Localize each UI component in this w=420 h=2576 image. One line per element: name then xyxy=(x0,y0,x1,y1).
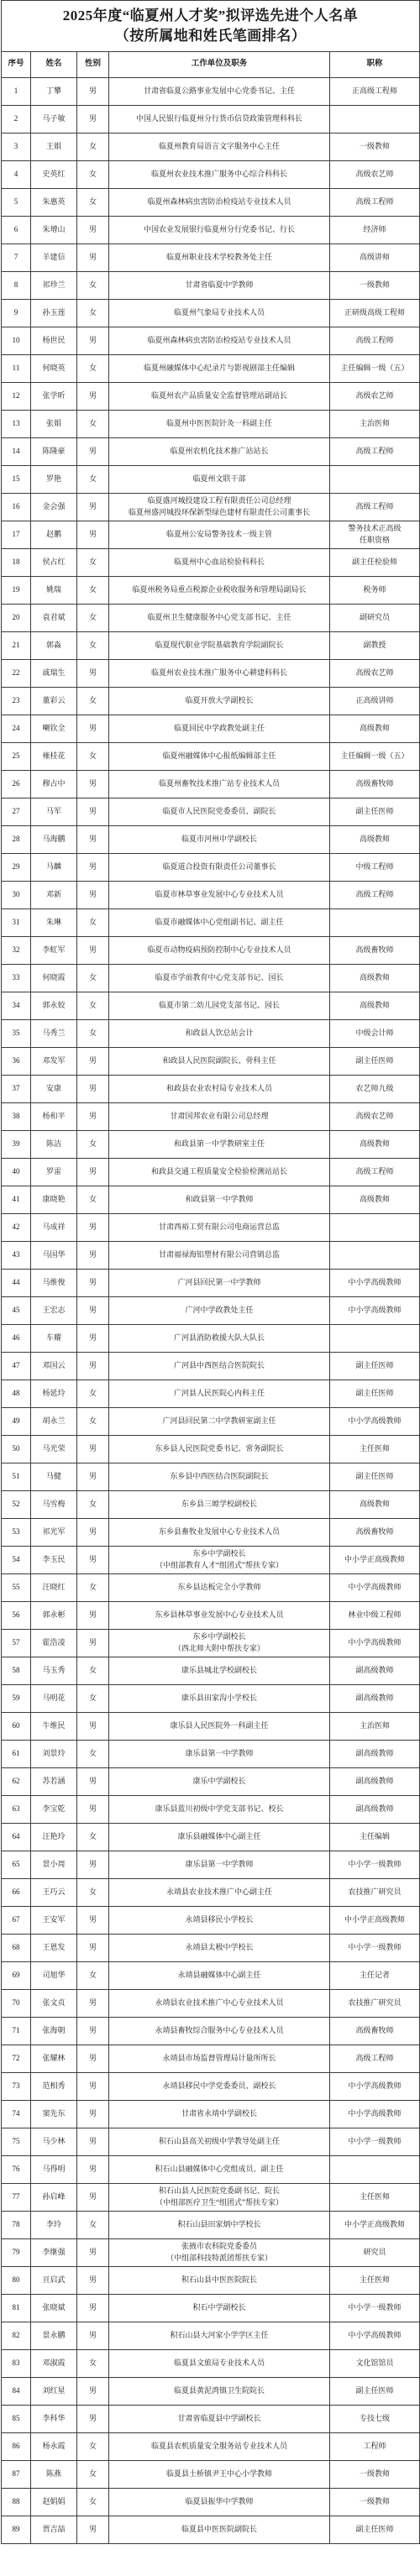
work-unit-cell: 积石山县大河家小学学区主任 xyxy=(109,2322,330,2349)
job-title-cell: 中小学正高级教师 xyxy=(330,1546,420,1573)
name-cell: 朱惠英 xyxy=(31,188,77,216)
job-title-cell: 副主任医师 xyxy=(330,2516,420,2543)
name-cell: 霍浩凌 xyxy=(31,1629,77,1657)
job-title-cell: 中小学高级教师 xyxy=(330,2100,420,2128)
gender-cell: 男 xyxy=(77,1075,109,1102)
job-title-cell: 中级工程师 xyxy=(330,853,420,881)
row-number-cell: 62 xyxy=(2,1767,31,1795)
gender-cell: 男 xyxy=(77,243,109,271)
row-number-cell: 22 xyxy=(2,659,31,687)
row-number-cell: 74 xyxy=(2,2100,31,2128)
name-cell: 马玉秀 xyxy=(31,1657,77,1684)
name-cell: 胡永兰 xyxy=(31,1407,77,1435)
gender-cell: 男 xyxy=(77,853,109,881)
work-unit-cell: 积石山县中医医院院长 xyxy=(109,2266,330,2294)
work-unit-cell: 甘肃福禄海铝塑材有限公司营销总监 xyxy=(109,1241,330,1269)
table-row: 57霍浩凌男东乡中学副校长 （西北师大附中帮扶专家）中小学高级教师 xyxy=(2,1629,420,1657)
document-title-row: 2025年度“临夏州人才奖”拟评选先进个人名单 （按所属地和姓氏笔画排名） xyxy=(2,1,420,52)
table-row: 68王恩发男永靖县太极中学校长中小学一级教师 xyxy=(2,1934,420,1961)
job-title-cell: 中小学正高级教师 xyxy=(330,1906,420,1934)
row-number-cell: 66 xyxy=(2,1878,31,1906)
column-header-work: 工作单位及职务 xyxy=(109,51,330,77)
row-number-cell: 32 xyxy=(2,936,31,964)
table-row: 85李科华男甘肃省临夏县中学副校长专技七级 xyxy=(2,2405,420,2432)
work-unit-cell: 临夏州森林病虫害防治检疫站专业技术人员 xyxy=(109,327,330,354)
work-unit-cell: 临夏州教育局语言文字服务中心主任 xyxy=(109,133,330,160)
table-row: 58马玉秀女康乐县城北学校副校长副高级教师 xyxy=(2,1657,420,1684)
job-title-cell xyxy=(330,908,420,936)
work-unit-cell: 积石山县田家炳中学校长 xyxy=(109,2211,330,2238)
name-cell: 何晓英 xyxy=(31,354,77,382)
gender-cell: 男 xyxy=(77,2045,109,2072)
work-unit-cell: 和政县人民医院副院长、骨科主任 xyxy=(109,1047,330,1075)
row-number-cell: 5 xyxy=(2,188,31,216)
row-number-cell: 79 xyxy=(2,2238,31,2266)
name-cell: 李虹军 xyxy=(31,936,77,964)
table-row: 75马少林男积石山县高关初级中学教导处副主任中小学一级教师 xyxy=(2,2128,420,2155)
row-number-cell: 35 xyxy=(2,1019,31,1047)
name-cell: 张海朝 xyxy=(31,2017,77,2045)
work-unit-cell: 临夏县土桥镇尹王中心小学教师 xyxy=(109,2460,330,2488)
row-number-cell: 33 xyxy=(2,964,31,992)
job-title-cell: 主任编辑一级（五） xyxy=(330,742,420,770)
gender-cell: 男 xyxy=(77,1767,109,1795)
work-unit-cell: 临夏州职业技术学校教务处主任 xyxy=(109,243,330,271)
job-title-cell: 副主任医师 xyxy=(330,1380,420,1407)
job-title-cell: 副高级教师 xyxy=(330,1795,420,1823)
gender-cell: 女 xyxy=(77,604,109,631)
work-unit-cell: 积石中学副校长 xyxy=(109,2294,330,2322)
table-row: 76马得明男积石山县融媒体中心党组成员、副主任 xyxy=(2,2155,420,2183)
name-cell: 陈洁 xyxy=(31,1130,77,1158)
work-unit-cell: 临夏市人民医院党委委员、副院长 xyxy=(109,798,330,825)
work-unit-cell: 广河县中西医结合医院院长 xyxy=(109,1352,330,1380)
job-title-cell: 高级教师 xyxy=(330,1130,420,1158)
gender-cell: 女 xyxy=(77,548,109,576)
table-row: 62苏若涵男康乐中学副校长副高级教师 xyxy=(2,1767,420,1795)
name-cell: 王宏志 xyxy=(31,1296,77,1324)
gender-cell: 女 xyxy=(77,160,109,188)
job-title-cell: 中小学高级教师 xyxy=(330,1269,420,1296)
job-title-cell: 专技七级 xyxy=(330,2405,420,2432)
table-row: 21郭淼女临夏现代职业学院基础教育学院副院长副教授 xyxy=(2,631,420,659)
table-row: 30邓新男临夏市林草事业发展中心专业技术人员高级工程师 xyxy=(2,881,420,908)
work-unit-cell: 临夏县农机质量安全服务站专业技术人员 xyxy=(109,2432,330,2460)
job-title-cell: 主任医师 xyxy=(330,2183,420,2211)
gender-cell: 男 xyxy=(77,2322,109,2349)
gender-cell: 男 xyxy=(77,77,109,105)
job-title-cell: 副主任医师 xyxy=(330,1047,420,1075)
row-number-cell: 54 xyxy=(2,1546,31,1573)
gender-cell: 女 xyxy=(77,2432,109,2460)
row-number-cell: 24 xyxy=(2,715,31,742)
job-title-cell: 高级畜牧师 xyxy=(330,2017,420,2045)
gender-cell: 男 xyxy=(77,327,109,354)
job-title-cell: 主任编辑 xyxy=(330,1823,420,1851)
work-unit-cell: 临夏县振华中学教师 xyxy=(109,2488,330,2516)
work-unit-cell: 甘肃西裕工贸有限公司电商运营总监 xyxy=(109,1213,330,1241)
row-number-cell: 9 xyxy=(2,299,31,327)
name-cell: 张文贞 xyxy=(31,1989,77,2017)
work-unit-cell: 临夏现代职业学院基础教育学院副院长 xyxy=(109,631,330,659)
column-header-name: 姓名 xyxy=(31,51,77,77)
gender-cell: 男 xyxy=(77,1241,109,1269)
table-row: 40罗雷男和政县交通工程质量安全检验检测站站长高级工程师 xyxy=(2,1158,420,1186)
gender-cell: 女 xyxy=(77,687,109,715)
work-unit-cell: 临夏州文联干部 xyxy=(109,465,330,493)
row-number-cell: 43 xyxy=(2,1241,31,1269)
work-unit-cell: 东乡县达板完全小学教师 xyxy=(109,1573,330,1601)
job-title-cell: 副主任医师 xyxy=(330,1352,420,1380)
table-row: 35马秀兰女和政县人饮总站会计中级会计师 xyxy=(2,1019,420,1047)
work-unit-cell: 临夏市融媒体中心党组副书记、副主任 xyxy=(109,908,330,936)
name-cell: 杨和平 xyxy=(31,1102,77,1130)
gender-cell: 男 xyxy=(77,1989,109,2017)
table-row: 83邓淑霞女临夏县文旅局专业技术人员文化馆馆员 xyxy=(2,2349,420,2377)
work-unit-cell: 永靖县市场监督管理局计量所所长 xyxy=(109,2045,330,2072)
table-row: 17赵鹏男临夏州公安局警务技术一级主管警务技术正高级 任职资格 xyxy=(2,521,420,548)
name-cell: 景小周 xyxy=(31,1851,77,1878)
name-cell: 马光荣 xyxy=(31,1435,77,1463)
job-title-cell: 高级教师 xyxy=(330,964,420,992)
gender-cell: 男 xyxy=(77,2377,109,2405)
name-cell: 窦先东 xyxy=(31,2100,77,2128)
gender-cell: 男 xyxy=(77,1712,109,1740)
row-number-cell: 63 xyxy=(2,1795,31,1823)
table-row: 8祁珍兰女甘肃省临夏中学教师一级教师 xyxy=(2,271,420,299)
work-unit-cell: 临夏州公安局警务技术一级主管 xyxy=(109,521,330,548)
table-row: 41康晓艳女和政县第一中学教师高级教师 xyxy=(2,1186,420,1213)
job-title-cell: 中级会计师 xyxy=(330,1019,420,1047)
table-row: 45王宏志男广河中学政教处主任中小学高级教师 xyxy=(2,1296,420,1324)
name-cell: 邓新 xyxy=(31,881,77,908)
work-unit-cell: 张掖市农科院党委委员 （中组部科技特派团帮扶专家） xyxy=(109,2238,330,2266)
row-number-cell: 40 xyxy=(2,1158,31,1186)
job-title-cell: 中小学高级教师 xyxy=(330,2322,420,2349)
gender-cell: 女 xyxy=(77,631,109,659)
job-title-cell: 高级工程师 xyxy=(330,1158,420,1186)
row-number-cell: 88 xyxy=(2,2488,31,2516)
row-number-cell: 15 xyxy=(2,465,31,493)
job-title-cell: 中小学高级教师 xyxy=(330,1573,420,1601)
row-number-cell: 20 xyxy=(2,604,31,631)
job-title-cell: 一级教师 xyxy=(330,2460,420,2488)
gender-cell: 男 xyxy=(77,2266,109,2294)
gender-cell: 女 xyxy=(77,1490,109,1518)
job-title-cell: 研究员 xyxy=(330,2238,420,2266)
work-unit-cell: 和政县交通工程质量安全检验检测站站长 xyxy=(109,1158,330,1186)
job-title-cell: 一级教师 xyxy=(330,2488,420,2516)
gender-cell: 女 xyxy=(77,354,109,382)
gender-cell: 男 xyxy=(77,2294,109,2322)
job-title-cell: 正高级讲师 xyxy=(330,687,420,715)
job-title-cell: 主任编辑一级（五） xyxy=(330,354,420,382)
gender-cell: 男 xyxy=(77,825,109,853)
gender-cell: 女 xyxy=(77,2460,109,2488)
table-row: 59马明花女康乐县田家沟小学校长副高级教师 xyxy=(2,1684,420,1712)
gender-cell: 男 xyxy=(77,1158,109,1186)
row-number-cell: 49 xyxy=(2,1407,31,1435)
name-cell: 羊建信 xyxy=(31,243,77,271)
job-title-cell xyxy=(330,2155,420,2183)
work-unit-cell: 临夏县中医医院副院长 xyxy=(109,2516,330,2543)
table-row: 78李玲女积石山县田家炳中学校长中小学正高级教师 xyxy=(2,2211,420,2238)
work-unit-cell: 和政县人饮总站会计 xyxy=(109,1019,330,1047)
job-title-cell: 高级农艺师 xyxy=(330,659,420,687)
row-number-cell: 84 xyxy=(2,2377,31,2405)
table-row: 29马麟男临夏道合投资有限责任公司董事长中级工程师 xyxy=(2,853,420,881)
work-unit-cell: 甘肃省临夏中学教师 xyxy=(109,271,330,299)
gender-cell: 女 xyxy=(77,2349,109,2377)
name-cell: 朱琳 xyxy=(31,908,77,936)
table-row: 15罗艳女临夏州文联干部 xyxy=(2,465,420,493)
work-unit-cell: 临夏县黄泥湾镇卫生院院长 xyxy=(109,2377,330,2405)
row-number-cell: 80 xyxy=(2,2266,31,2294)
row-number-cell: 65 xyxy=(2,1851,31,1878)
gender-cell: 女 xyxy=(77,1019,109,1047)
work-unit-cell: 和政县第一中学教师 xyxy=(109,1186,330,1213)
gender-cell: 男 xyxy=(77,1906,109,1934)
work-unit-cell: 临夏州农机化技术推广站站长 xyxy=(109,437,330,465)
name-cell: 马海鹏 xyxy=(31,825,77,853)
work-unit-cell: 临夏市林草事业发展中心专业技术人员 xyxy=(109,881,330,908)
row-number-cell: 37 xyxy=(2,1075,31,1102)
job-title-cell: 高级工程师 xyxy=(330,2045,420,2072)
work-unit-cell: 广河县人民医院心内科主任 xyxy=(109,1380,330,1407)
job-title-cell: 高级工程师 xyxy=(330,327,420,354)
work-unit-cell: 广河县回民第一中学教师 xyxy=(109,1269,330,1296)
table-row: 23董彩云女临夏开放大学副校长正高级讲师 xyxy=(2,687,420,715)
name-cell: 杨永霞 xyxy=(31,2432,77,2460)
work-unit-cell: 临夏州畜牧技术推广站专业技术人员 xyxy=(109,770,330,798)
work-unit-cell: 积石山县融媒体中心党组成员、副主任 xyxy=(109,2155,330,2183)
work-unit-cell: 临夏州税务局重点税源企业税收服务和管理局副局长 xyxy=(109,576,330,604)
name-cell: 袁君斌 xyxy=(31,604,77,631)
table-row: 42马成祥男甘肃西裕工贸有限公司电商运营总监 xyxy=(2,1213,420,1241)
table-row: 71张海朝男永靖县畜牧综合服务中心专业技术人员高级畜牧师 xyxy=(2,2017,420,2045)
row-number-cell: 8 xyxy=(2,271,31,299)
work-unit-cell: 临夏盛河城投建设工程有限责任公司总经理 临夏州盛河城投环保新型绿色建材有限责任公… xyxy=(109,493,330,521)
row-number-cell: 26 xyxy=(2,770,31,798)
row-number-cell: 52 xyxy=(2,1490,31,1518)
work-unit-cell: 东乡县畜牧业发展中心专业技术人员 xyxy=(109,1518,330,1546)
name-cell: 汪晓红 xyxy=(31,1573,77,1601)
table-row: 50马光荣男东乡县人民医院党委书记、常务副院长主任医师 xyxy=(2,1435,420,1463)
row-number-cell: 86 xyxy=(2,2432,31,2460)
work-unit-cell: 广河县回民第二中学教研室副主任 xyxy=(109,1407,330,1435)
row-number-cell: 60 xyxy=(2,1712,31,1740)
name-cell: 马维俊 xyxy=(31,1269,77,1296)
table-row: 32李虹军男临夏市动物疫病预防控制中心专业技术人员高级畜牧师 xyxy=(2,936,420,964)
row-number-cell: 53 xyxy=(2,1518,31,1546)
row-number-cell: 67 xyxy=(2,1906,31,1934)
name-cell: 李科华 xyxy=(31,2405,77,2432)
gender-cell: 男 xyxy=(77,2072,109,2100)
column-header-title: 职称 xyxy=(330,51,420,77)
row-number-cell: 85 xyxy=(2,2405,31,2432)
name-cell: 董彩云 xyxy=(31,687,77,715)
table-row: 66王巧云女永靖县农业技术推广中心副主任农技推广研究员 xyxy=(2,1878,420,1906)
table-row: 49胡永兰女广河县回民第二中学教研室副主任中小学高级教师 xyxy=(2,1407,420,1435)
row-number-cell: 4 xyxy=(2,160,31,188)
row-number-cell: 58 xyxy=(2,1657,31,1684)
row-number-cell: 25 xyxy=(2,742,31,770)
row-number-cell: 71 xyxy=(2,2017,31,2045)
name-cell: 王恩发 xyxy=(31,1934,77,1961)
work-unit-cell: 康乐县田家沟小学校长 xyxy=(109,1684,330,1712)
gender-cell: 男 xyxy=(77,1047,109,1075)
column-header-no: 序号 xyxy=(2,51,31,77)
job-title-cell: 高级工程师 xyxy=(330,188,420,216)
work-unit-cell: 和政县农业农村局专业技术人员 xyxy=(109,1075,330,1102)
name-cell: 史英红 xyxy=(31,160,77,188)
work-unit-cell: 东乡县人民医院党委书记、常务副院长 xyxy=(109,1435,330,1463)
gender-cell: 男 xyxy=(77,1851,109,1878)
table-row: 16金会强男临夏盛河城投建设工程有限责任公司总经理 临夏州盛河城投环保新型绿色建… xyxy=(2,493,420,521)
work-unit-cell: 东乡中学副校长 （西北师大附中帮扶专家） xyxy=(109,1629,330,1657)
gender-cell: 男 xyxy=(77,2405,109,2432)
job-title-cell: 高级农艺师 xyxy=(330,382,420,410)
work-unit-cell: 临夏市动物疫病预防控制中心专业技术人员 xyxy=(109,936,330,964)
table-row: 60牛维民男康乐县人民医院外一科副主任主治医师 xyxy=(2,1712,420,1740)
gender-cell: 女 xyxy=(77,992,109,1019)
table-row: 12张学昕男临夏州农产品质量安全监督管理站副站长高级农艺师 xyxy=(2,382,420,410)
gender-cell: 女 xyxy=(77,964,109,992)
row-number-cell: 21 xyxy=(2,631,31,659)
table-row: 82景永鹏男积石山县大河家小学学区主任中小学高级教师 xyxy=(2,2322,420,2349)
table-row: 77孙启峰男积石山县人民医院党委副书记、院长 （中组部医疗卫生“组团式”帮扶专家… xyxy=(2,2183,420,2211)
row-number-cell: 81 xyxy=(2,2294,31,2322)
work-unit-cell: 临夏县文旅局专业技术人员 xyxy=(109,2349,330,2377)
name-cell: 马子敏 xyxy=(31,105,77,133)
job-title-cell: 中小学高级教师 xyxy=(330,1296,420,1324)
work-unit-cell: 积石山县人民医院党委副书记、院长 （中组部医疗卫生“组团式”帮扶专家） xyxy=(109,2183,330,2211)
document-title-line2: （按所属地和姓氏笔画排名） xyxy=(5,26,416,46)
name-cell: 孙启峰 xyxy=(31,2183,77,2211)
work-unit-cell: 临夏市河州中学副校长 xyxy=(109,825,330,853)
row-number-cell: 10 xyxy=(2,327,31,354)
gender-cell: 男 xyxy=(77,2183,109,2211)
row-number-cell: 31 xyxy=(2,908,31,936)
row-number-cell: 34 xyxy=(2,992,31,1019)
row-number-cell: 38 xyxy=(2,1102,31,1130)
name-cell: 司旭华 xyxy=(31,1961,77,1989)
work-unit-cell: 康乐县城北学校副校长 xyxy=(109,1657,330,1684)
row-number-cell: 30 xyxy=(2,881,31,908)
table-row: 73范相秀男永靖县移民中学党委委员、副校长中小学高级教师 xyxy=(2,2072,420,2100)
job-title-cell: 正高级工程师 xyxy=(330,77,420,105)
table-row: 51马健男东乡县中西医结合医院副院长副主任医师 xyxy=(2,1463,420,1490)
name-cell: 祁光军 xyxy=(31,1518,77,1546)
row-number-cell: 87 xyxy=(2,2460,31,2488)
name-cell: 邓淑霞 xyxy=(31,2349,77,2377)
name-cell: 康晓艳 xyxy=(31,1186,77,1213)
table-row: 11何晓英女临夏州融媒体中心纪录片与影视剧部主任编辑主任编辑一级（五） xyxy=(2,354,420,382)
name-cell: 马雪梅 xyxy=(31,1490,77,1518)
name-cell: 马得明 xyxy=(31,2155,77,2183)
name-cell: 赵娟娟 xyxy=(31,2488,77,2516)
gender-cell: 男 xyxy=(77,2155,109,2183)
job-title-cell: 中小学正高级教师 xyxy=(330,2211,420,2238)
work-unit-cell: 永靖县太极中学校长 xyxy=(109,1934,330,1961)
job-title-cell: 副高级教师 xyxy=(330,1684,420,1712)
row-number-cell: 69 xyxy=(2,1961,31,1989)
row-number-cell: 23 xyxy=(2,687,31,715)
gender-cell: 女 xyxy=(77,465,109,493)
gender-cell: 女 xyxy=(77,1407,109,1435)
name-cell: 王巧云 xyxy=(31,1878,77,1906)
table-row: 5朱惠英女临夏州森林病虫害防治检疫站专业技术人员高级工程师 xyxy=(2,188,420,216)
name-cell: 杨延玲 xyxy=(31,1380,77,1407)
table-row: 37安康男和政县农业农村局专业技术人员农艺师九级 xyxy=(2,1075,420,1102)
row-number-cell: 89 xyxy=(2,2516,31,2543)
row-number-cell: 77 xyxy=(2,2183,31,2211)
table-row: 10杨世民男临夏州森林病虫害防治检疫站专业技术人员高级工程师 xyxy=(2,327,420,354)
table-row: 81张晓斌男积石中学副校长中小学一级教师 xyxy=(2,2294,420,2322)
row-number-cell: 18 xyxy=(2,548,31,576)
name-cell: 赵鹏 xyxy=(31,521,77,548)
gender-cell: 女 xyxy=(77,742,109,770)
row-number-cell: 29 xyxy=(2,853,31,881)
row-number-cell: 1 xyxy=(2,77,31,105)
gender-cell: 女 xyxy=(77,1573,109,1601)
name-cell: 何晓霞 xyxy=(31,964,77,992)
document-page: 2025年度“临夏州人才奖”拟评选先进个人名单 （按所属地和姓氏笔画排名） 序号… xyxy=(0,0,420,2576)
gender-cell: 男 xyxy=(77,1629,109,1657)
work-unit-cell: 临夏州卫生健康服务中心党支部书记、主任 xyxy=(109,604,330,631)
job-title-cell xyxy=(330,1241,420,1269)
gender-cell: 男 xyxy=(77,2238,109,2266)
job-title-cell: 主任医师 xyxy=(330,2266,420,2294)
row-number-cell: 70 xyxy=(2,1989,31,2017)
table-row: 64汪艳玲女康乐县融媒体中心副主任主任编辑 xyxy=(2,1823,420,1851)
job-title-cell: 高级畜牧师 xyxy=(330,936,420,964)
name-cell: 邓发军 xyxy=(31,1047,77,1075)
table-row: 56郭永彬男东乡县林草事业发展中心专业技术人员林业中级工程师 xyxy=(2,1601,420,1629)
name-cell: 陈燕 xyxy=(31,2460,77,2488)
row-number-cell: 11 xyxy=(2,354,31,382)
table-body: 1丁攀男甘肃省临夏公路事业发展中心党委书记、主任正高级工程师2马子敏男中国人民银… xyxy=(2,77,420,2543)
work-unit-cell: 康乐县第一中学教师 xyxy=(109,1851,330,1878)
table-row: 24喇钦全男临夏回民中学政教处副主任高级教师 xyxy=(2,715,420,742)
name-cell: 刘景玲 xyxy=(31,1740,77,1767)
work-unit-cell: 临夏市第二幼儿园党支部书记、园长 xyxy=(109,992,330,1019)
name-cell: 孙玉莲 xyxy=(31,299,77,327)
job-title-cell: 副主任医师 xyxy=(330,798,420,825)
table-row: 74窦先东男甘肃省永靖中学副校长中小学高级教师 xyxy=(2,2100,420,2128)
table-row: 34郭永姣女临夏市第二幼儿园党支部书记、园长高级教师 xyxy=(2,992,420,1019)
job-title-cell: 高级教师 xyxy=(330,1490,420,1518)
job-title-cell: 高级教师 xyxy=(330,1186,420,1213)
name-cell: 张耀林 xyxy=(31,2045,77,2072)
name-cell: 范相秀 xyxy=(31,2072,77,2100)
job-title-cell: 经济师 xyxy=(330,216,420,243)
work-unit-cell: 永靖县移民小学校长 xyxy=(109,1906,330,1934)
row-number-cell: 17 xyxy=(2,521,31,548)
job-title-cell: 一级教师 xyxy=(330,271,420,299)
awardees-table: 2025年度“临夏州人才奖”拟评选先进个人名单 （按所属地和姓氏笔画排名） 序号… xyxy=(1,0,420,2544)
table-row: 7羊建信男临夏州职业技术学校教务处主任高级讲师 xyxy=(2,243,420,271)
name-cell: 马健 xyxy=(31,1463,77,1490)
gender-cell: 男 xyxy=(77,1213,109,1241)
work-unit-cell: 积石山县高关初级中学教导处副主任 xyxy=(109,2128,330,2155)
row-number-cell: 83 xyxy=(2,2349,31,2377)
gender-cell: 女 xyxy=(77,1130,109,1158)
row-number-cell: 7 xyxy=(2,243,31,271)
job-title-cell: 高级畜牧师 xyxy=(330,770,420,798)
table-row: 69司旭华女永靖县融媒体中心副主任主任记者 xyxy=(2,1961,420,1989)
gender-cell: 男 xyxy=(77,1435,109,1463)
